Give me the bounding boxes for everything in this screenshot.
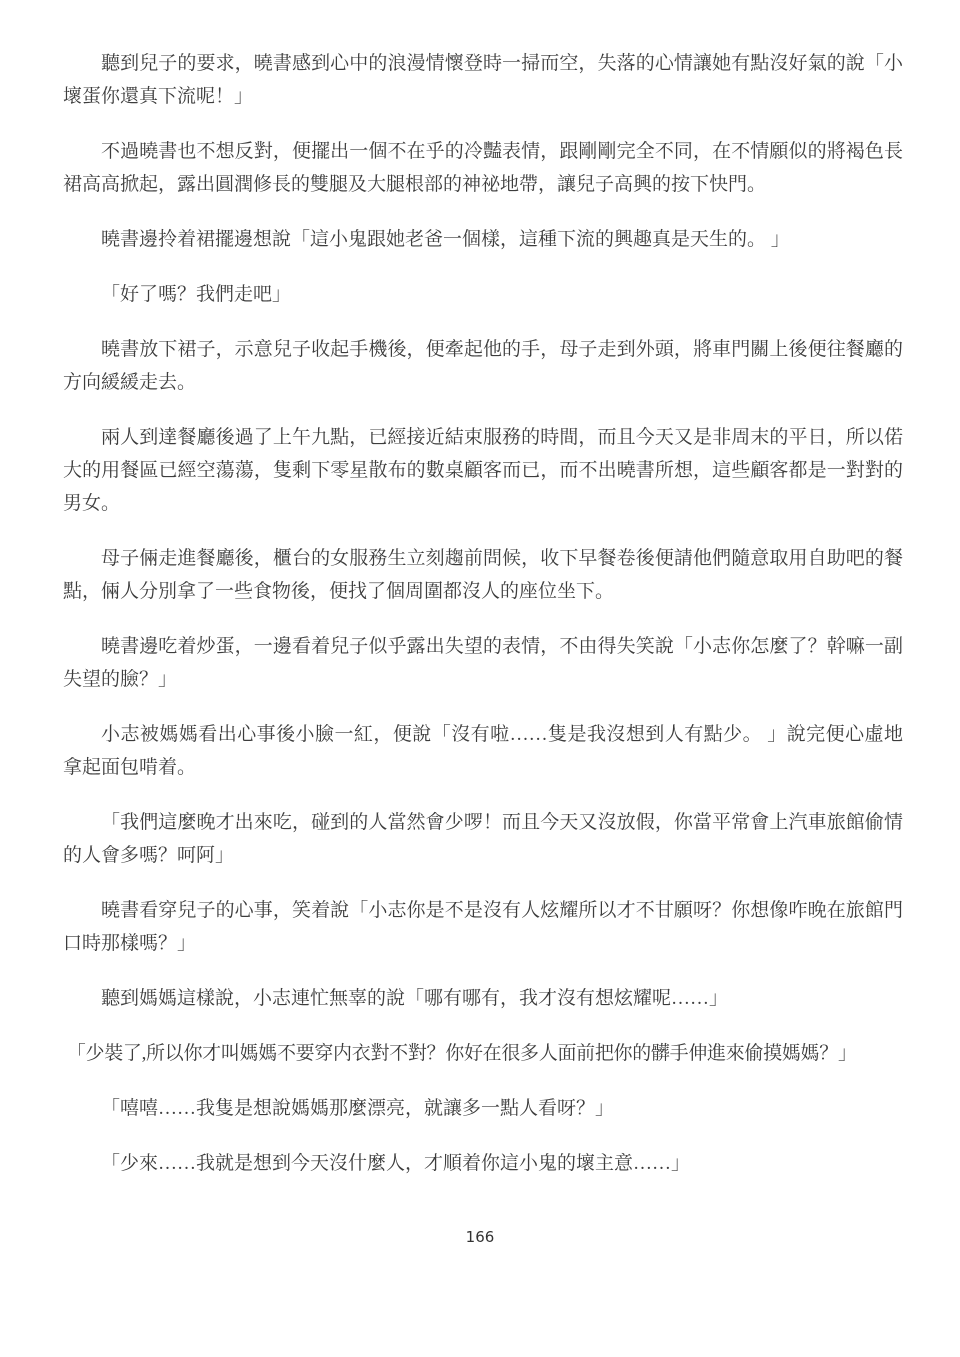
paragraph: 「我們這麼晚才出來吃，碰到的人當然會少啰！而且今天又沒放假，你當平常會上汽車旅館… — [63, 806, 903, 872]
document-page: 聽到兒子的要求，曉書感到心中的浪漫情懷登時一掃而空，失落的心情讓她有點沒好氣的說… — [0, 0, 960, 1357]
page-content: 聽到兒子的要求，曉書感到心中的浪漫情懷登時一掃而空，失落的心情讓她有點沒好氣的說… — [0, 0, 960, 1180]
paragraph: 聽到媽媽這樣說，小志連忙無辜的說「哪有哪有，我才沒有想炫耀呢……」 — [63, 982, 903, 1015]
paragraph: 曉書放下裙子，示意兒子收起手機後，便牽起他的手，母子走到外頭，將車門關上後便往餐… — [63, 333, 903, 399]
page-number: 166 — [0, 1228, 960, 1246]
paragraph: 曉書邊吃着炒蛋，一邊看着兒子似乎露出失望的表情，不由得失笑說「小志你怎麼了？幹嘛… — [63, 630, 903, 696]
paragraph: 「嘻嘻……我隻是想說媽媽那麼漂亮，就讓多一點人看呀？」 — [63, 1092, 903, 1125]
paragraph: 「少來……我就是想到今天沒什麼人，才順着你這小鬼的壞主意……」 — [63, 1147, 903, 1180]
paragraph: 兩人到達餐廳後過了上午九點，已經接近結束服務的時間，而且今天又是非周末的平日，所… — [63, 421, 903, 520]
paragraph: 不過曉書也不想反對，便擺出一個不在乎的冷豔表情，跟剛剛完全不同，在不情願似的將褐… — [63, 135, 903, 201]
paragraph: 「好了嗎？我們走吧」 — [63, 278, 903, 311]
paragraph: 曉書看穿兒子的心事，笑着說「小志你是不是沒有人炫耀所以才不甘願呀？你想像咋晚在旅… — [63, 894, 903, 960]
paragraph: 「少裝了,所以你才叫媽媽不要穿内衣對不對？你好在很多人面前把你的髒手伸進來偷摸媽… — [63, 1037, 903, 1070]
paragraph: 小志被媽媽看出心事後小臉一紅，便說「沒有啦……隻是我沒想到人有點少。 」說完便心… — [63, 718, 903, 784]
paragraph: 母子倆走進餐廳後，櫃台的女服務生立刻趨前問候，收下早餐卷後便請他們隨意取用自助吧… — [63, 542, 903, 608]
paragraph: 曉書邊拎着裙擺邊想說「這小鬼跟她老爸一個樣，這種下流的興趣真是天生的。 」 — [63, 223, 903, 256]
paragraph: 聽到兒子的要求，曉書感到心中的浪漫情懷登時一掃而空，失落的心情讓她有點沒好氣的說… — [63, 47, 903, 113]
